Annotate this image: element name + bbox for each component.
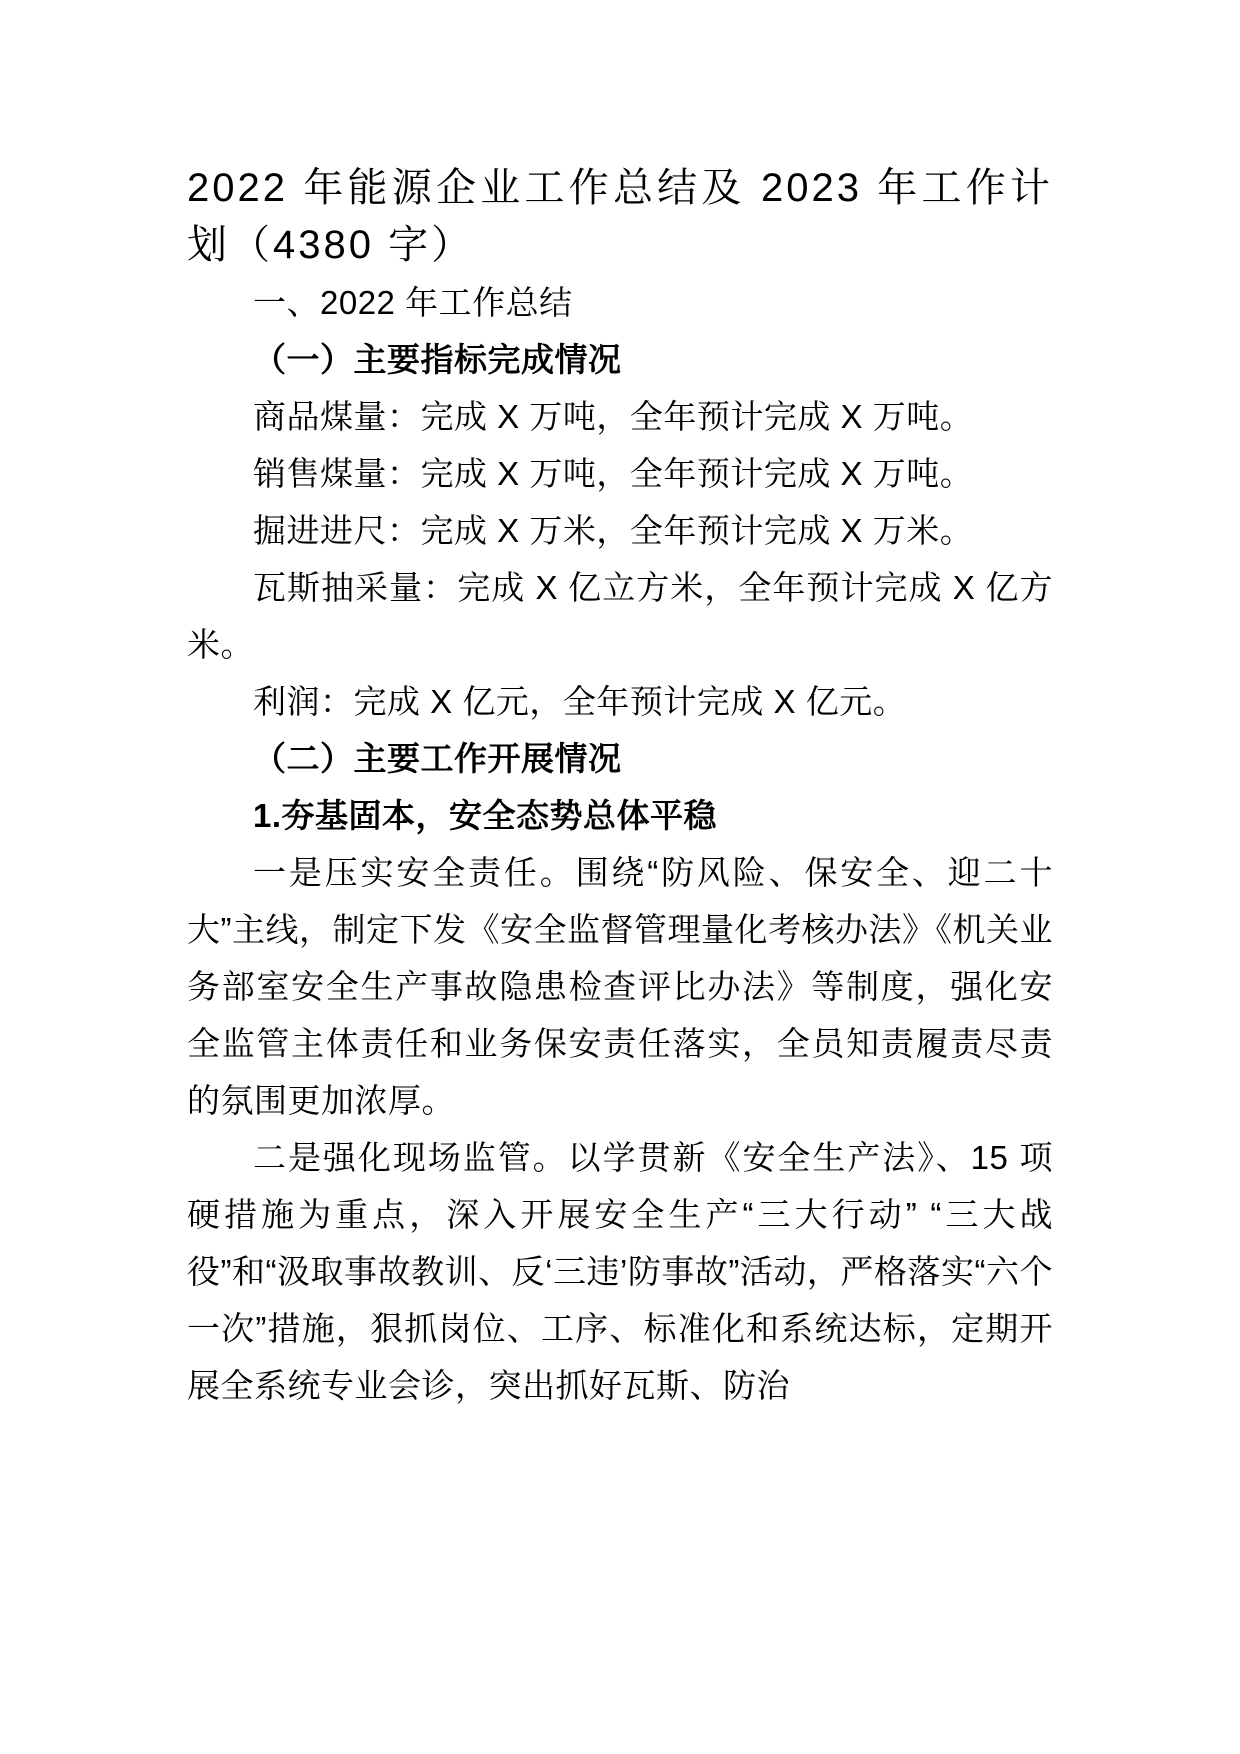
heading-safety-foundation: 1.夯基固本，安全态势总体平稳	[187, 787, 1053, 844]
document-page: 2022 年能源企业工作总结及 2023 年工作计划（4380 字） 一、202…	[0, 0, 1240, 1754]
heading-2022-work-summary: 一、2022 年工作总结	[187, 274, 1053, 331]
document-content: 2022 年能源企业工作总结及 2023 年工作计划（4380 字） 一、202…	[187, 160, 1053, 1414]
heading-main-work-progress: （二）主要工作开展情况	[187, 730, 1053, 787]
heading-main-indicator-completion: （一）主要指标完成情况	[187, 331, 1053, 388]
para-coal-sales-volume: 销售煤量：完成 X 万吨，全年预计完成 X 万吨。	[187, 445, 1053, 502]
para-commodity-coal-volume: 商品煤量：完成 X 万吨，全年预计完成 X 万吨。	[187, 388, 1053, 445]
para-tunneling-footage: 掘进进尺：完成 X 万米，全年预计完成 X 万米。	[187, 502, 1053, 559]
para-safety-responsibility: 一是压实安全责任。围绕“防风险、保安全、迎二十大”主线，制定下发《安全监督管理量…	[187, 844, 1053, 1129]
para-gas-extraction-volume: 瓦斯抽采量：完成 X 亿立方米，全年预计完成 X 亿方米。	[187, 559, 1053, 673]
para-profit: 利润：完成 X 亿元，全年预计完成 X 亿元。	[187, 673, 1053, 730]
document-title: 2022 年能源企业工作总结及 2023 年工作计划（4380 字）	[187, 160, 1053, 274]
para-site-supervision: 二是强化现场监管。以学贯新《安全生产法》、15 项硬措施为重点，深入开展安全生产…	[187, 1129, 1053, 1414]
